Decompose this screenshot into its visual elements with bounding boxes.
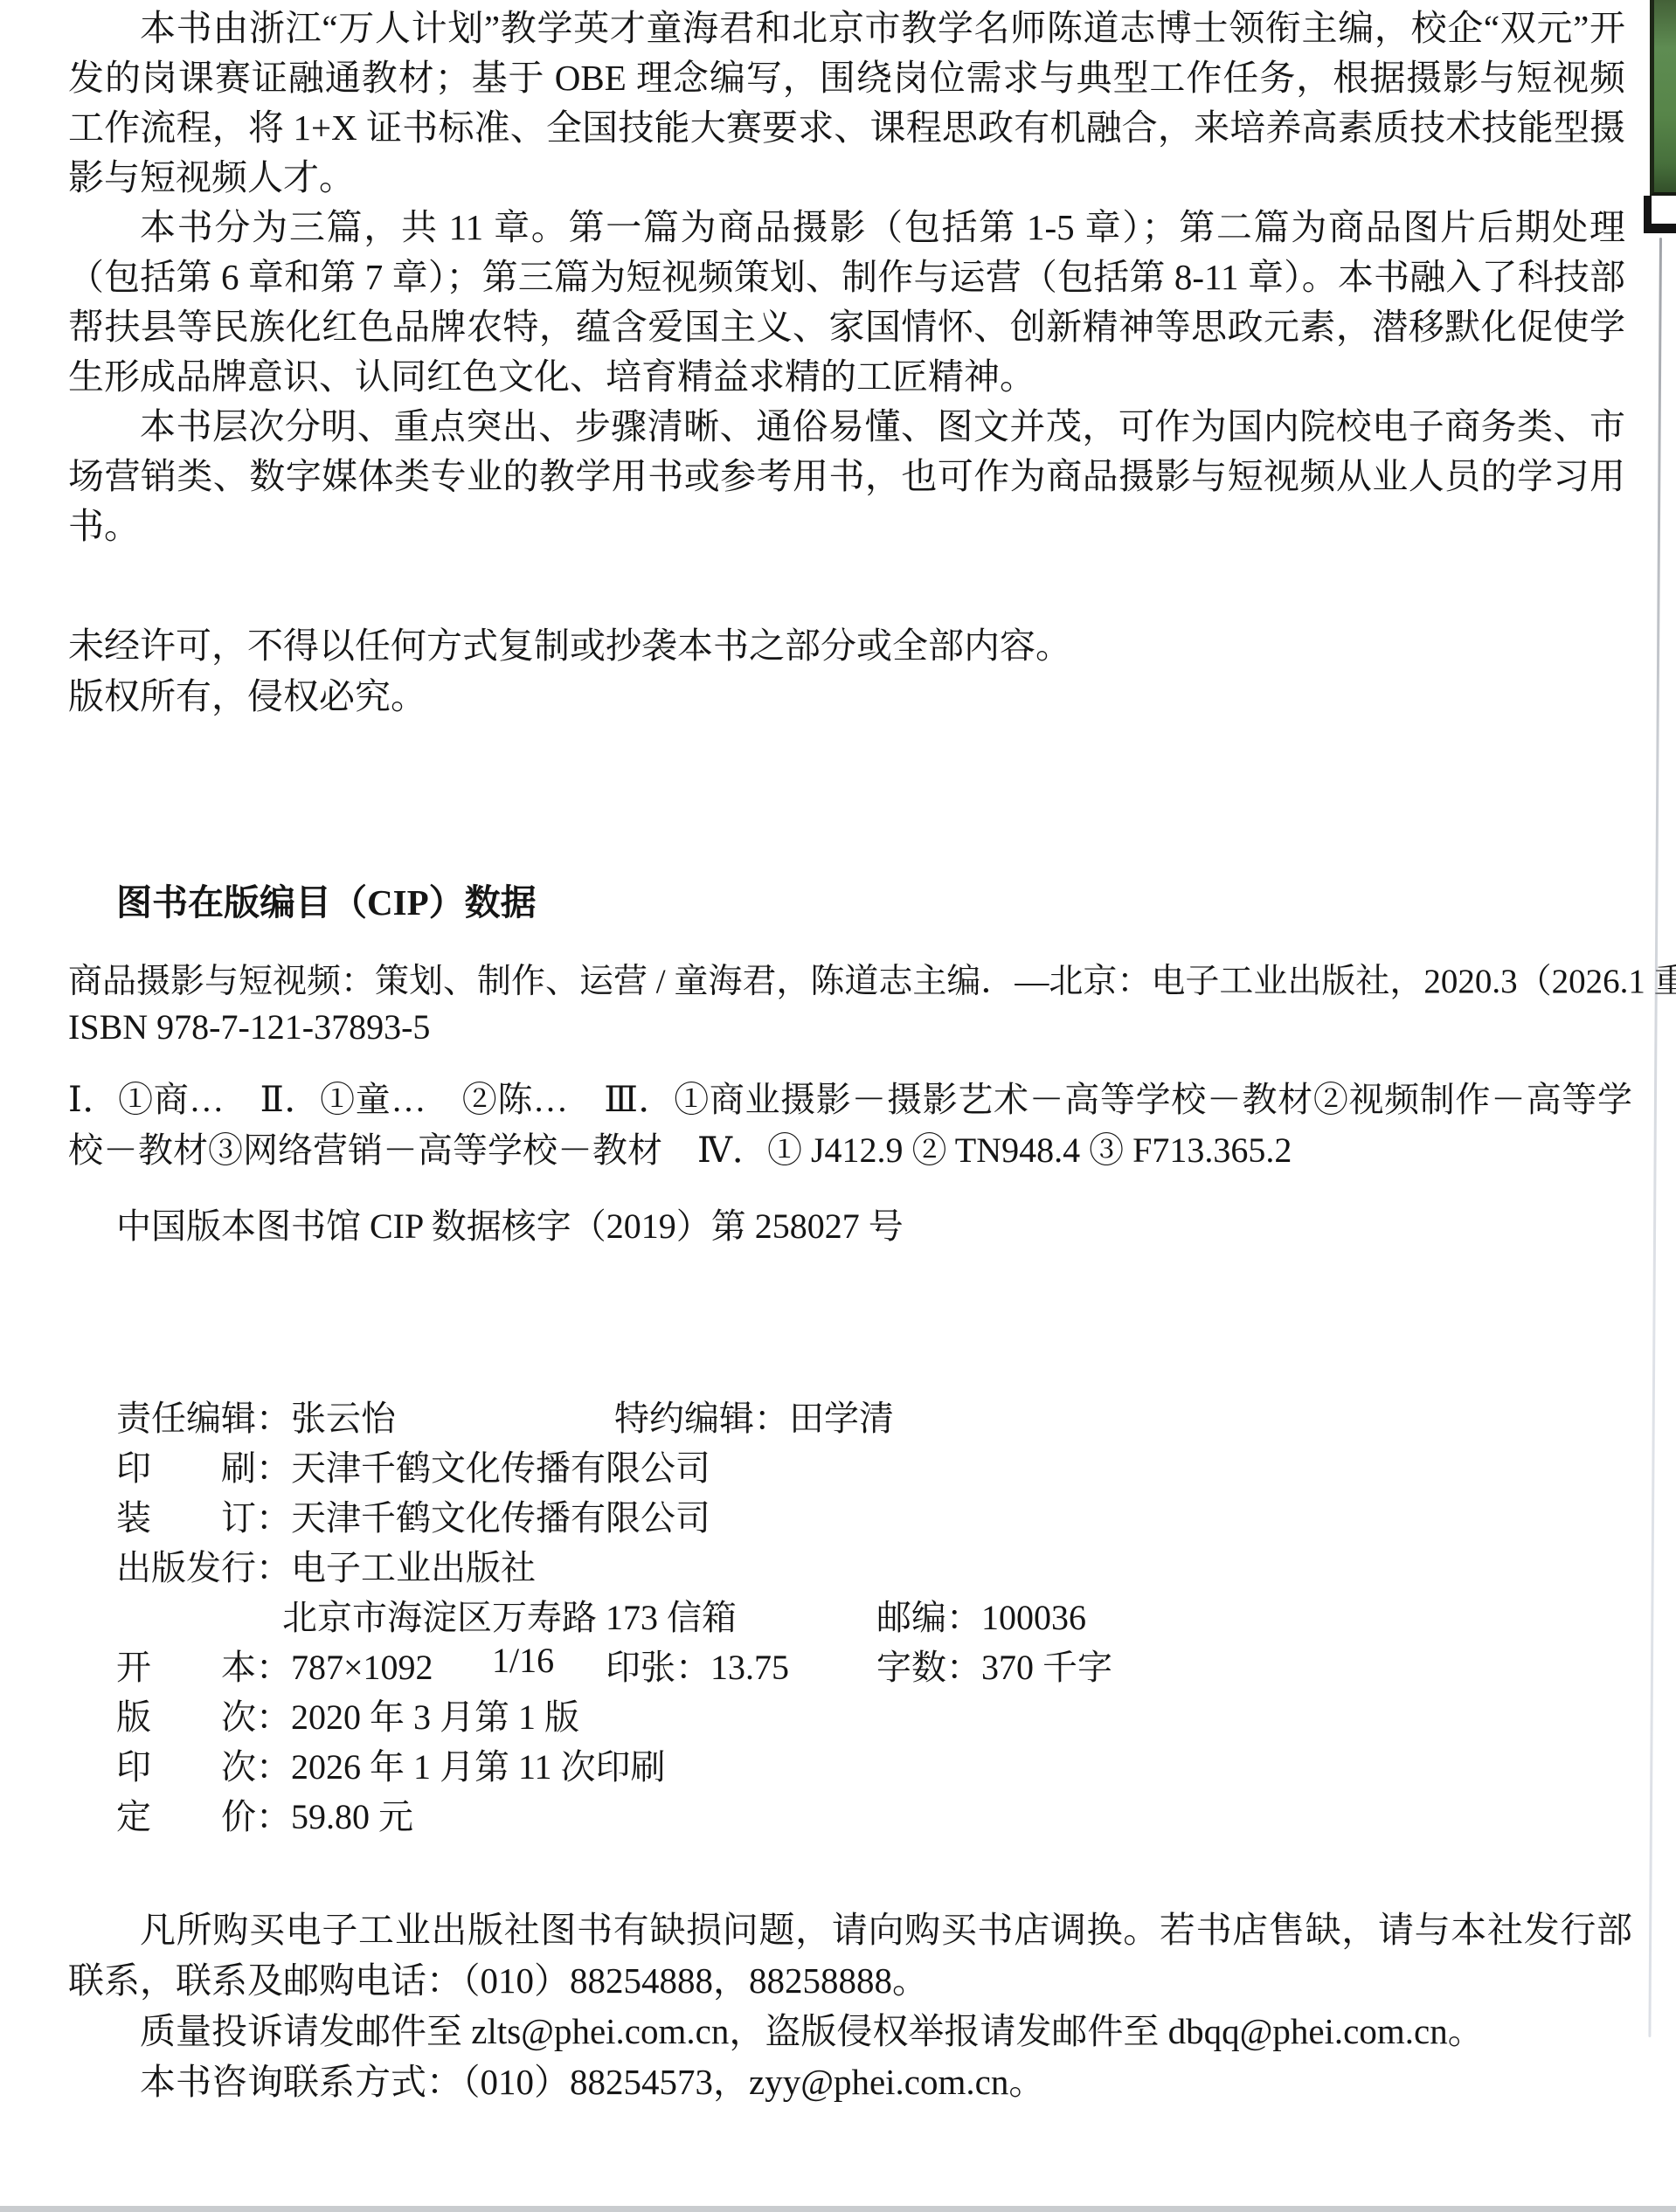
- cip-classification: Ⅰ．①商… Ⅱ．①童… ②陈… Ⅲ．①商业摄影－摄影艺术－高等学校－教材②视频制…: [68, 1075, 1632, 1176]
- isbn-number: ISBN 978-7-121-37893-5: [68, 1006, 430, 1047]
- colophon-row-address: 北京市海淀区万寿路 173 信箱 邮编：100036: [116, 1590, 1602, 1640]
- footer-contact-info: 本书咨询联系方式：（010）88254573，zyy@phei.com.cn。: [68, 2056, 1632, 2107]
- intro-section: 本书由浙江“万人计划”教学英才童海君和北京市教学名师陈道志博士领衔主编，校企“双…: [68, 3, 1625, 551]
- colophon-row-publisher: 出版发行：电子工业出版社: [116, 1540, 1602, 1590]
- copyright-notice: 未经许可，不得以任何方式复制或抄袭本书之部分或全部内容。 版权所有，侵权必究。: [68, 620, 1071, 722]
- colophon-row-edition: 版 次：2020 年 3 月第 1 版: [116, 1690, 1602, 1739]
- colophon-row-printer: 印 刷：天津千鹤文化传播有限公司: [116, 1441, 1602, 1490]
- scanner-bottom-edge: [0, 2206, 1676, 2212]
- page-edge-shadow: [1648, 238, 1662, 2037]
- publisher-address: 北京市海淀区万寿路 173 信箱: [282, 1590, 737, 1640]
- publisher: 出版发行：电子工业出版社: [116, 1540, 536, 1590]
- colophon-row-printing: 印 次：2026 年 1 月第 11 次印刷: [116, 1739, 1602, 1789]
- postal-code: 邮编：100036: [876, 1590, 1086, 1640]
- copyright-notice-line: 版权所有，侵权必究。: [68, 671, 1071, 722]
- footer-complaint-emails: 质量投诉请发邮件至 zlts@phei.com.cn，盗版侵权举报请发邮件至 d…: [68, 2006, 1632, 2056]
- word-count: 字数：370 千字: [876, 1640, 1112, 1690]
- cip-record-number: 中国版本图书馆 CIP 数据核字（2019）第 258027 号: [116, 1199, 904, 1248]
- colophon-section: 责任编辑：张云怡 特约编辑：田学清 印 刷：天津千鹤文化传播有限公司 装 订：天…: [116, 1391, 1602, 1839]
- colophon-row-binder: 装 订：天津千鹤文化传播有限公司: [116, 1490, 1602, 1540]
- book-spine-strip: [1650, 0, 1676, 196]
- scanned-page: 本书由浙江“万人计划”教学英才童海君和北京市教学名师陈道志博士领衔主编，校企“双…: [0, 0, 1676, 2212]
- spine-corner-box: [1644, 196, 1676, 233]
- print-sheets: 印张：13.75: [606, 1640, 789, 1690]
- binder: 装 订：天津千鹤文化传播有限公司: [116, 1490, 710, 1540]
- cip-heading: 图书在版编目（CIP）数据: [116, 874, 537, 925]
- format-ratio: 1/16: [492, 1640, 554, 1681]
- printer: 印 刷：天津千鹤文化传播有限公司: [116, 1441, 710, 1490]
- price: 定 价：59.80 元: [116, 1789, 413, 1839]
- footer-section: 凡所购买电子工业出版社图书有缺损问题，请向购买书店调换。若书店售缺，请与本社发行…: [68, 1904, 1632, 2107]
- cip-entry-line: 商品摄影与短视频：策划、制作、运营 / 童海君，陈道志主编．—北京：电子工业出版…: [68, 954, 1641, 1003]
- footer-replacement-notice: 凡所购买电子工业出版社图书有缺损问题，请向购买书店调换。若书店售缺，请与本社发行…: [68, 1904, 1632, 2006]
- edition: 版 次：2020 年 3 月第 1 版: [116, 1690, 579, 1739]
- colophon-row-price: 定 价：59.80 元: [116, 1789, 1602, 1839]
- intro-paragraph: 本书层次分明、重点突出、步骤清晰、通俗易懂、图文并茂，可作为国内院校电子商务类、…: [68, 402, 1625, 551]
- printing: 印 次：2026 年 1 月第 11 次印刷: [116, 1739, 666, 1789]
- responsible-editor: 责任编辑：张云怡: [116, 1391, 396, 1441]
- book-format: 开 本：787×1092: [116, 1640, 433, 1690]
- colophon-row-format: 开 本：787×1092 1/16 印张：13.75 字数：370 千字: [116, 1640, 1602, 1690]
- intro-paragraph: 本书分为三篇，共 11 章。第一篇为商品摄影（包括第 1-5 章）；第二篇为商品…: [68, 203, 1625, 402]
- intro-paragraph: 本书由浙江“万人计划”教学英才童海君和北京市教学名师陈道志博士领衔主编，校企“双…: [68, 3, 1625, 203]
- colophon-row-editors: 责任编辑：张云怡 特约编辑：田学清: [116, 1391, 1602, 1441]
- special-editor: 特约编辑：田学清: [614, 1391, 894, 1441]
- copyright-notice-line: 未经许可，不得以任何方式复制或抄袭本书之部分或全部内容。: [68, 620, 1071, 671]
